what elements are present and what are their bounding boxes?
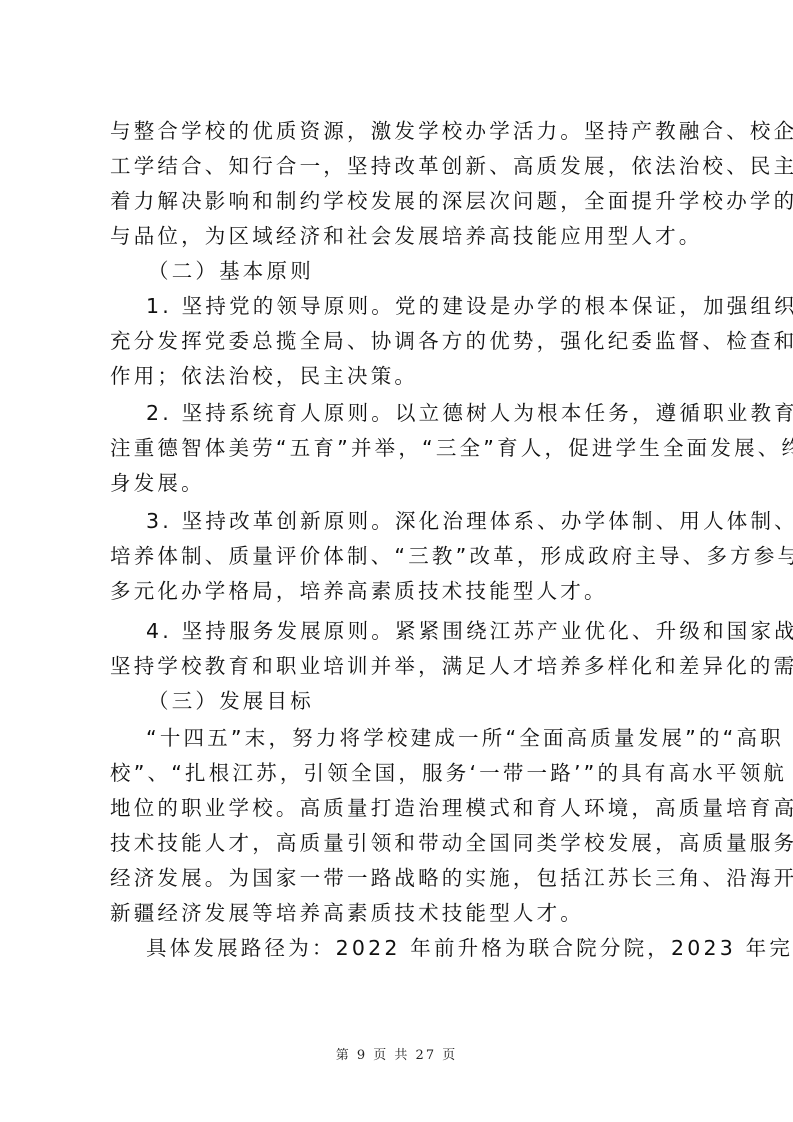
paragraph-line: 工学结合、知行合一，坚持改革创新、高质发展，依法治校、民主管理， [110,152,690,180]
paragraph-line: 作用；依法治校，民主决策。 [110,362,690,390]
paragraph-line: 与品位，为区域经济和社会发展培养高技能应用型人才。 [110,222,690,250]
paragraph-line: 具体发展路径为：2022 年前升格为联合院分院，2023 年完成江苏省 [146,934,726,962]
paragraph-line: 技术技能人才，高质量引领和带动全国同类学校发展，高质量服务社会 [110,829,690,857]
paragraph-line: 着力解决影响和制约学校发展的深层次问题，全面提升学校办学的质量 [110,187,690,215]
paragraph-line: 注重德智体美劳“五育”并举，“三全”育人，促进学生全面发展、终 [110,434,690,462]
paragraph-line: 新疆经济发展等培养高素质技术技能型人才。 [110,899,690,927]
document-page: 与整合学校的优质资源，激发学校办学活力。坚持产教融合、校企合作，工学结合、知行合… [0,0,793,1122]
section-heading: （二）基本原则 [148,257,728,285]
paragraph-line: 3. 坚持改革创新原则。深化治理体系、办学体制、用人体制、人才 [146,507,726,535]
paragraph-line: 2. 坚持系统育人原则。以立德树人为根本任务，遵循职业教育规律， [146,399,726,427]
paragraph-line: 充分发挥党委总揽全局、协调各方的优势，强化纪委监督、检查和保障 [110,327,690,355]
paragraph-line: 身发展。 [110,469,690,497]
page-number-footer: 第 9 页 共 27 页 [0,1044,793,1063]
paragraph-line: “十四五”末，努力将学校建成一所“全面高质量发展”的“高职 [146,724,726,752]
paragraph-line: 多元化办学格局，培养高素质技术技能型人才。 [110,577,690,605]
paragraph-line: 1. 坚持党的领导原则。党的建设是办学的根本保证，加强组织领导， [146,292,726,320]
section-heading: （三）发展目标 [148,687,728,715]
paragraph-line: 校”、“扎根江苏，引领全国，服务‘一带一路’”的具有高水平领航 [110,759,690,787]
paragraph-line: 经济发展。为国家一带一路战略的实施，包括江苏长三角、沿海开发及 [110,864,690,892]
paragraph-line: 地位的职业学校。高质量打造治理模式和育人环境，高质量培育高素质 [110,794,690,822]
paragraph-line: 4. 坚持服务发展原则。紧紧围绕江苏产业优化、升级和国家战略， [146,617,726,645]
paragraph-line: 与整合学校的优质资源，激发学校办学活力。坚持产教融合、校企合作， [110,117,690,145]
paragraph-line: 坚持学校教育和职业培训并举，满足人才培养多样化和差异化的需求。 [110,652,690,680]
paragraph-line: 培养体制、质量评价体制、“三教”改革，形成政府主导、多方参与的 [110,542,690,570]
